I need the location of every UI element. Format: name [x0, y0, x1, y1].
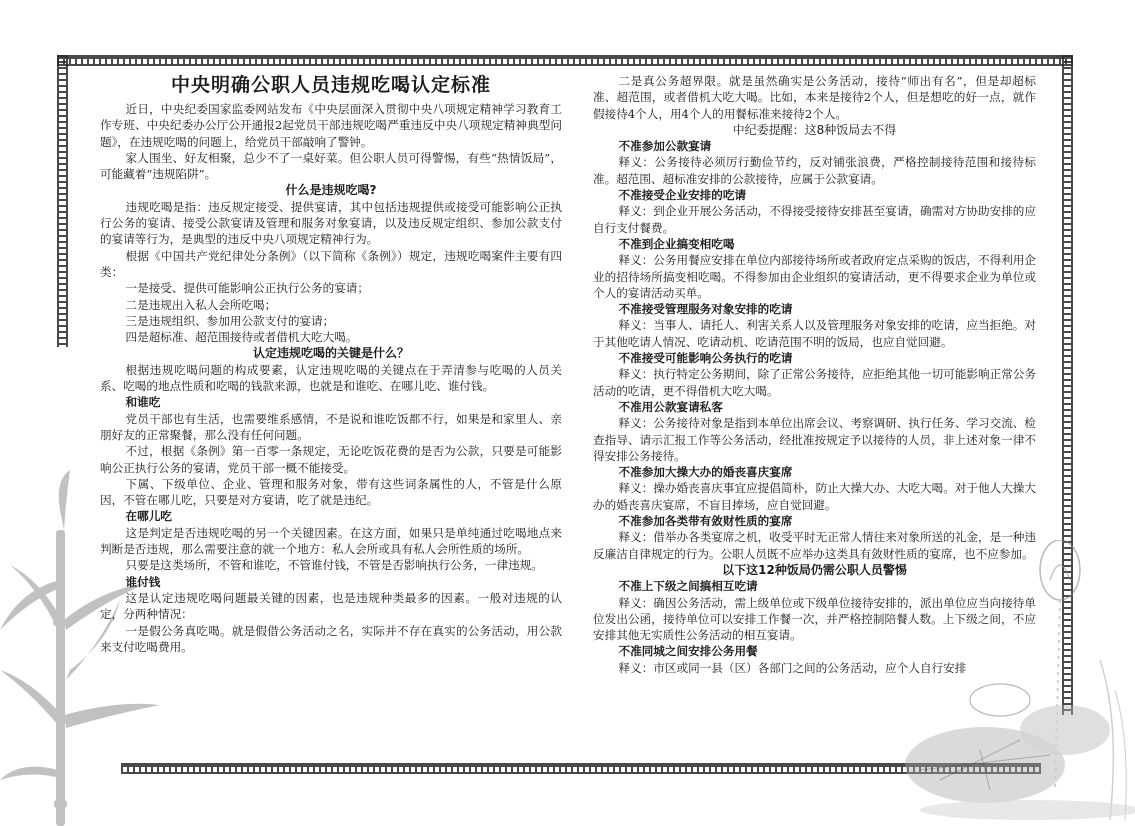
- paragraph: 释义：到企业开展公务活动，不得接受接待安排甚至宴请，确需对方协助安排的应自行支付…: [593, 203, 1036, 236]
- paragraph: 一是假公务真吃喝。就是假借公务活动之名，实际并不存在真实的公务活动，用公款来支付…: [100, 623, 562, 656]
- list-item: 一是接受、提供可能影响公正执行公务的宴请；: [100, 280, 562, 296]
- subheading: 在哪儿吃: [100, 508, 562, 524]
- subheading: 不准接受管理服务对象安排的吃请: [593, 301, 1036, 317]
- list-item: 二是违规出入私人会所吃喝；: [100, 297, 562, 313]
- paragraph: 释义：当事人、请托人、利害关系人以及管理服务对象安排的吃请，应当拒绝。对于其他吃…: [593, 317, 1036, 350]
- paragraph: 根据《中国共产党纪律处分条例》（以下简称《条例》）规定，违规吃喝案件主要有四类：: [100, 248, 562, 281]
- paragraph: 近日，中央纪委国家监委网站发布《中央层面深入贯彻中央八项规定精神学习教育工作专班…: [100, 101, 562, 150]
- paragraph: 释义：公务接待对象是指到本单位出席会议、考察调研、执行任务、学习交流、检查指导、…: [593, 415, 1036, 464]
- right-column: 二是真公务超界限。就是虽然确实是公务活动，接待“师出有名”，但是却超标准、超范围…: [593, 73, 1036, 676]
- list-item: 四是超标准、超范围接待或者借机大吃大喝。: [100, 329, 562, 345]
- paragraph: 二是真公务超界限。就是虽然确实是公务活动，接待“师出有名”，但是却超标准、超范围…: [593, 73, 1036, 122]
- subheading: 不准参加各类带有敛财性质的宴席: [593, 513, 1036, 529]
- border-top: [57, 55, 1073, 66]
- paragraph: 下属、下级单位、企业、管理和服务对象，带有这些词条属性的人，不管是什么原因，不管…: [100, 476, 562, 509]
- section-heading: 以下这12种饭局仍需公职人员警惕: [593, 562, 1036, 578]
- subheading: 不准到企业搞变相吃喝: [593, 236, 1036, 252]
- paragraph: 只要是这类场所，不管和谁吃，不管谁付钱，不管是否影响执行公务，一律违规。: [100, 557, 562, 573]
- subheading: 不准接受可能影响公务执行的吃请: [593, 350, 1036, 366]
- subheading: 谁付钱: [100, 574, 562, 590]
- section-heading: 什么是违规吃喝?: [100, 182, 562, 198]
- paragraph: 这是判定是否违规吃喝的另一个关键因素。在这方面，如果只是单纯通过吃喝地点来判断是…: [100, 525, 562, 558]
- paragraph: 释义：公务用餐应安排在单位内部接待场所或者政府定点采购的饭店，不得利用企业的招待…: [593, 252, 1036, 301]
- section-heading: 中纪委提醒：这8种饭局去不得: [593, 122, 1036, 138]
- section-heading: 认定违规吃喝的关键是什么？: [100, 345, 562, 361]
- paragraph: 释义：市区或同一县（区）各部门之间的公务活动，应个人自行安排: [593, 660, 1036, 676]
- border-left: [57, 55, 68, 347]
- subheading: 不准参加大操大办的婚丧喜庆宴席: [593, 464, 1036, 480]
- subheading: 不准同城之间安排公务用餐: [593, 643, 1036, 659]
- subheading: 不准接受企业安排的吃请: [593, 187, 1036, 203]
- paragraph: 这是认定违规吃喝问题最关键的因素，也是违规种类最多的因素。一般对违规的认定，分两…: [100, 590, 562, 623]
- subheading: 不准用公款宴请私客: [593, 399, 1036, 415]
- paragraph: 释义：借举办各类宴席之机，收受平时无正常人情往来对象所送的礼金，是一种违反廉洁自…: [593, 529, 1036, 562]
- border-right: [1062, 55, 1073, 715]
- paragraph: 释义：操办婚丧喜庆事宜应提倡简朴，防止大操大办、大吃大喝。对于他人大操大办的婚丧…: [593, 480, 1036, 513]
- list-item: 三是违规组织、参加用公款支付的宴请；: [100, 313, 562, 329]
- subheading: 不准参加公款宴请: [593, 138, 1036, 154]
- document-title: 中央明确公职人员违规吃喝认定标准: [100, 73, 562, 97]
- paragraph: 家人围坐、好友相聚，总少不了一桌好菜。但公职人员可得警惕，有些“热情饭局”，可能…: [100, 150, 562, 183]
- paragraph: 党员干部也有生活，也需要维系感情，不是说和谁吃饭都不行，如果是和家里人、亲朋好友…: [100, 411, 562, 444]
- paragraph: 释义：确因公务活动，需上级单位或下级单位接待安排的，派出单位应当向接待单位发出公…: [593, 595, 1036, 644]
- paragraph: 违规吃喝是指：违反规定接受、提供宴请，其中包括违规提供或接受可能影响公正执行公务…: [100, 199, 562, 248]
- border-bottom: [121, 763, 1041, 774]
- paragraph: 根据违规吃喝问题的构成要素，认定违规吃喝的关键点在于弄清参与吃喝的人员关系、吃喝…: [100, 362, 562, 395]
- paragraph: 释义：公务接待必须厉行勤俭节约，反对铺张浪费，严格控制接待范围和接待标准。超范围…: [593, 154, 1036, 187]
- subheading: 不准上下级之间搞相互吃请: [593, 578, 1036, 594]
- subheading: 和谁吃: [100, 394, 562, 410]
- left-column: 中央明确公职人员违规吃喝认定标准 近日，中央纪委国家监委网站发布《中央层面深入贯…: [100, 73, 562, 655]
- paragraph: 不过，根据《条例》第一百零一条规定，无论吃饭花费的是否为公款，只要是可能影响公正…: [100, 443, 562, 476]
- paragraph: 释义：执行特定公务期间，除了正常公务接待，应拒绝其他一切可能影响正常公务活动的吃…: [593, 366, 1036, 399]
